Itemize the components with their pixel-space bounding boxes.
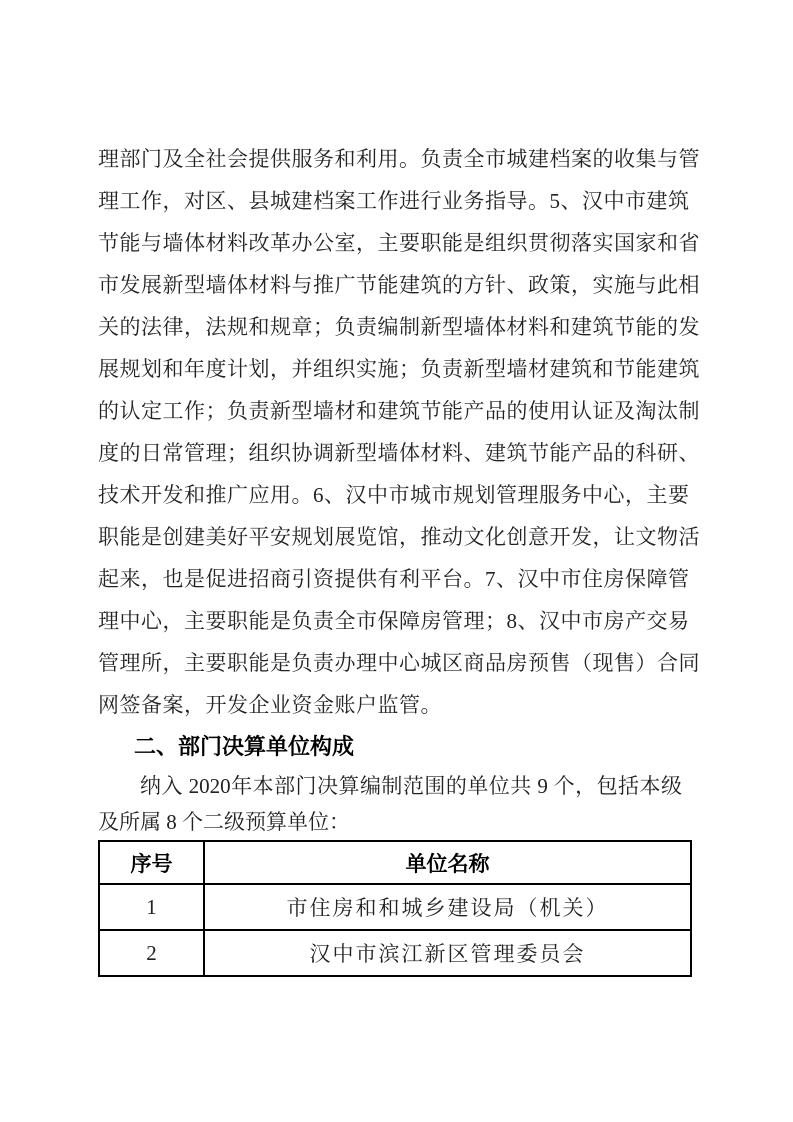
body-line: 理部门及全社会提供服务和利用。负责全市城建档案的收集与管 (98, 138, 682, 180)
page-content: 理部门及全社会提供服务和利用。负责全市城建档案的收集与管 理工作，对区、县城建档… (98, 138, 682, 977)
header-cell-no: 序号 (99, 841, 204, 884)
intro-line: 及所属 8 个二级预算单位： (98, 804, 682, 840)
body-line: 网签备案，开发企业资金账户监管。 (98, 684, 682, 726)
cell-unit-name: 市住房和和城乡建设局（机关） (204, 884, 691, 930)
body-line: 市发展新型墙体材料与推广节能建筑的方针、政策，实施与此相 (98, 264, 682, 306)
body-line: 职能是创建美好平安规划展览馆，推动文化创意开发，让文物活 (98, 516, 682, 558)
cell-unit-name: 汉中市滨江新区管理委员会 (204, 930, 691, 976)
body-line: 起来，也是促进招商引资提供有利平台。7、汉中市住房保障管 (98, 558, 682, 600)
body-line: 展规划和年度计划，并组织实施；负责新型墙材建筑和节能建筑 (98, 348, 682, 390)
cell-unit-no: 2 (99, 930, 204, 976)
body-line: 的认定工作；负责新型墙材和建筑节能产品的使用认证及淘汰制 (98, 390, 682, 432)
body-line: 关的法律，法规和规章；负责编制新型墙体材料和建筑节能的发 (98, 306, 682, 348)
header-cell-name: 单位名称 (204, 841, 691, 884)
table-header-row: 序号 单位名称 (99, 841, 691, 884)
table-row: 1 市住房和和城乡建设局（机关） (99, 884, 691, 930)
cell-unit-no: 1 (99, 884, 204, 930)
body-line: 节能与墙体材料改革办公室，主要职能是组织贯彻落实国家和省 (98, 222, 682, 264)
body-paragraph: 理部门及全社会提供服务和利用。负责全市城建档案的收集与管 理工作，对区、县城建档… (98, 138, 682, 726)
body-line: 理工作，对区、县城建档案工作进行业务指导。5、汉中市建筑 (98, 180, 682, 222)
body-line: 管理所，主要职能是负责办理中心城区商品房预售（现售）合同 (98, 642, 682, 684)
intro-line: 纳入 2020年本部门决算编制范围的单位共 9 个，包括本级 (98, 768, 682, 804)
table-row: 2 汉中市滨江新区管理委员会 (99, 930, 691, 976)
intro-paragraph: 纳入 2020年本部门决算编制范围的单位共 9 个，包括本级 及所属 8 个二级… (98, 768, 682, 840)
units-table: 序号 单位名称 1 市住房和和城乡建设局（机关） 2 汉中市滨江新区管理委员会 (98, 840, 692, 977)
section-heading: 二、部门决算单位构成 (98, 726, 682, 768)
document-page: 理部门及全社会提供服务和利用。负责全市城建档案的收集与管 理工作，对区、县城建档… (0, 0, 793, 1122)
body-line: 度的日常管理；组织协调新型墙体材料、建筑节能产品的科研、 (98, 432, 682, 474)
body-line: 理中心，主要职能是负责全市保障房管理；8、汉中市房产交易 (98, 600, 682, 642)
body-line: 技术开发和推广应用。6、汉中市城市规划管理服务中心，主要 (98, 474, 682, 516)
